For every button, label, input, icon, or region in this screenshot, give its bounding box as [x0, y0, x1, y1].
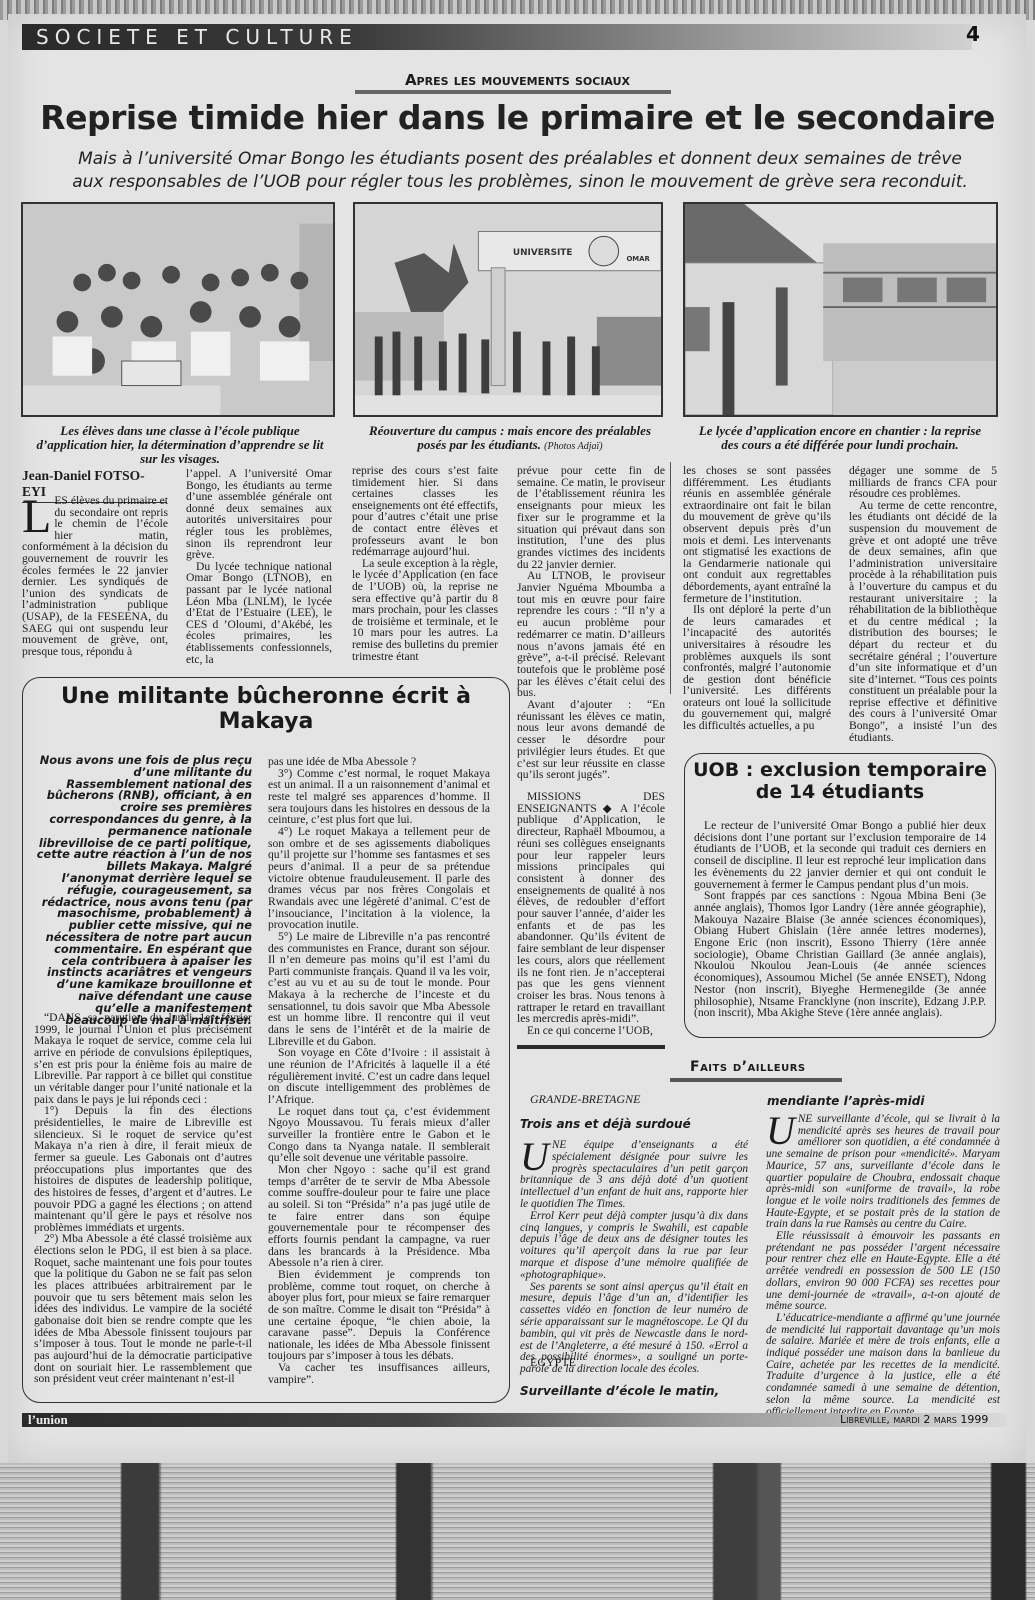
- gb-headline: Trois ans et déjà surdoué: [520, 1117, 691, 1131]
- photo-campus-gate: UNIVERSITE OMAR: [353, 202, 663, 417]
- paragraph: prévue pour cette fin de semaine. Ce mat…: [517, 465, 665, 570]
- paragraph: Va cacher tes insuffisances ailleurs, va…: [268, 1362, 490, 1385]
- column-divider: [670, 462, 671, 694]
- paragraph: En ce qui concerne l’UOB,: [517, 1025, 665, 1037]
- dropcap: U: [766, 1116, 798, 1146]
- egypt-body: U NE surveillante d’école, qui se livrai…: [766, 1114, 1000, 1418]
- paragraph: 5°) Le maire de Libreville n’a pas renco…: [268, 931, 490, 1048]
- lead-column-2: l’appel. A l’université Omar Bongo, les …: [186, 468, 332, 665]
- paragraph: Le roquet dans tout ça, c’est évidemment…: [268, 1106, 490, 1164]
- caption-campus: Réouverture du campus : mais encore des …: [360, 424, 660, 454]
- egypt-headline-part1: Surveillante d’école le matin,: [520, 1384, 719, 1398]
- paragraph: reprise des cours s’est faite timidement…: [352, 465, 498, 558]
- dropcap: L: [22, 497, 54, 537]
- paragraph: Ils ont déploré la perte d’un de leurs c…: [683, 604, 831, 732]
- paragraph: L’éducatrice-mendiante a affirmé qu’une …: [766, 1313, 1000, 1418]
- lead-kicker: Apres les mouvements sociaux: [0, 71, 1035, 89]
- paragraph: 4°) Le roquet Makaya a tellement peur de…: [268, 826, 490, 931]
- paragraph: Mon cher Ngoyo : sache qu’il est grand t…: [268, 1164, 490, 1269]
- paragraph: NE équipe d’enseignants a été spécialeme…: [520, 1140, 748, 1211]
- militante-right-column: pas une idée de Mba Abessole ? 3°) Comme…: [268, 756, 490, 1385]
- lead-column-1: L ES élèves du primaire et du secondaire…: [22, 495, 168, 657]
- militante-intro: Nous avons une fois de plus reçu d’une m…: [34, 755, 252, 1026]
- lead-column-6: dégager une somme de 5 milliards de fran…: [849, 465, 997, 743]
- paragraph: Avant d’ajouter : “En réunissant les élè…: [517, 699, 665, 781]
- lead-headline: Reprise timide hier dans le primaire et …: [0, 98, 1035, 137]
- paragraph: La seule exception à la règle, le lycée …: [352, 558, 498, 662]
- paragraph: pas une idée de Mba Abessole ?: [268, 756, 490, 768]
- militante-headline: Une militante bûcheronne écrit à Makaya: [40, 684, 492, 734]
- paragraph: Au LTNOB, le proviseur Janvier Nguéma Mb…: [517, 570, 665, 699]
- kicker-underline: [355, 90, 671, 94]
- paragraph: les choses se sont passées différemment.…: [683, 465, 831, 604]
- paragraph: “DANS sa parution du lundi 1er février 1…: [34, 1012, 252, 1105]
- caption-lycee: Le lycée d’application encore en chantie…: [690, 424, 990, 452]
- paragraph: NE surveillante d’école, qui se livrait …: [766, 1114, 1000, 1231]
- newspaper-logo: l’union: [28, 1412, 68, 1428]
- column-end-rule: [517, 1045, 665, 1049]
- paragraph: Bien évidemment je comprends ton problèm…: [268, 1269, 490, 1362]
- lead-column-5: les choses se sont passées différemment.…: [683, 465, 831, 732]
- paragraph: 2°) Mba Abessole a été classé troisième …: [34, 1233, 252, 1385]
- militante-left-column: “DANS sa parution du lundi 1er février 1…: [34, 1012, 252, 1385]
- uob-body: Le recteur de l’université Omar Bongo a …: [694, 820, 986, 1019]
- gb-country-label: GRANDE-BRETAGNE: [530, 1092, 640, 1107]
- paragraph: 3°) Comme c’est normal, le roquet Makaya…: [268, 768, 490, 826]
- faits-underline: [670, 1078, 842, 1082]
- paragraph: Sont frappés par ces sanctions : Ngoua M…: [694, 890, 986, 1019]
- photo-classroom: [21, 202, 335, 417]
- gb-body: U NE équipe d’enseignants a été spéciale…: [520, 1140, 748, 1376]
- subhead-paragraph: MISSIONS DES ENSEIGNANTS ◆ A l’école pub…: [517, 791, 665, 1025]
- paragraph: Son voyage en Côte d’Ivoire : il assista…: [268, 1047, 490, 1105]
- paragraph: Au terme de cette rencontre, les étudian…: [849, 500, 997, 743]
- photo-credit: (Photos Adjaï): [544, 441, 602, 452]
- footer-date: Libreville, mardi 2 mars 1999: [840, 1413, 988, 1426]
- construction-image-icon: [685, 204, 996, 415]
- svg-text:OMAR: OMAR: [626, 255, 650, 263]
- egypt-country-label: EGYPTE: [530, 1355, 576, 1370]
- lead-column-4: prévue pour cette fin de semaine. Ce mat…: [517, 465, 665, 1037]
- page-number: 4: [966, 22, 980, 46]
- caption-campus-text: Réouverture du campus : mais encore des …: [369, 423, 651, 452]
- section-title: SOCIETE ET CULTURE: [36, 24, 358, 50]
- paragraph: Elle réussissait à émouvoir les passants…: [766, 1231, 1000, 1313]
- campus-gate-image-icon: UNIVERSITE OMAR: [355, 204, 661, 415]
- uob-headline: UOB : exclusion temporaire de 14 étudian…: [690, 759, 990, 803]
- scan-edge-bottom: [0, 1463, 1035, 1600]
- dropcap: U: [520, 1142, 552, 1172]
- paragraph: Le recteur de l’université Omar Bongo a …: [694, 820, 986, 890]
- paragraph: dégager une somme de 5 milliards de fran…: [849, 465, 997, 500]
- paragraph: Errol Kerr peut déjà compter jusqu’à dix…: [520, 1211, 748, 1282]
- svg-text:UNIVERSITE: UNIVERSITE: [513, 248, 572, 258]
- classroom-image-icon: [23, 204, 333, 415]
- paragraph: Du lycée technique national Omar Bongo (…: [186, 561, 332, 665]
- lead-column-3: reprise des cours s’est faite timidement…: [352, 465, 498, 662]
- faits-section-title: Faits d’ailleurs: [690, 1059, 806, 1075]
- photo-lycee-construction: [683, 202, 998, 417]
- paragraph: 1°) Depuis la fin des élections présiden…: [34, 1105, 252, 1233]
- egypt-headline-part2: mendiante l’après-midi: [767, 1094, 924, 1108]
- lead-deck: Mais à l’université Omar Bongo les étudi…: [60, 148, 980, 194]
- caption-classroom: Les élèves dans une classe à l’école pub…: [30, 424, 330, 466]
- paragraph: l’appel. A l’université Omar Bongo, les …: [186, 468, 332, 561]
